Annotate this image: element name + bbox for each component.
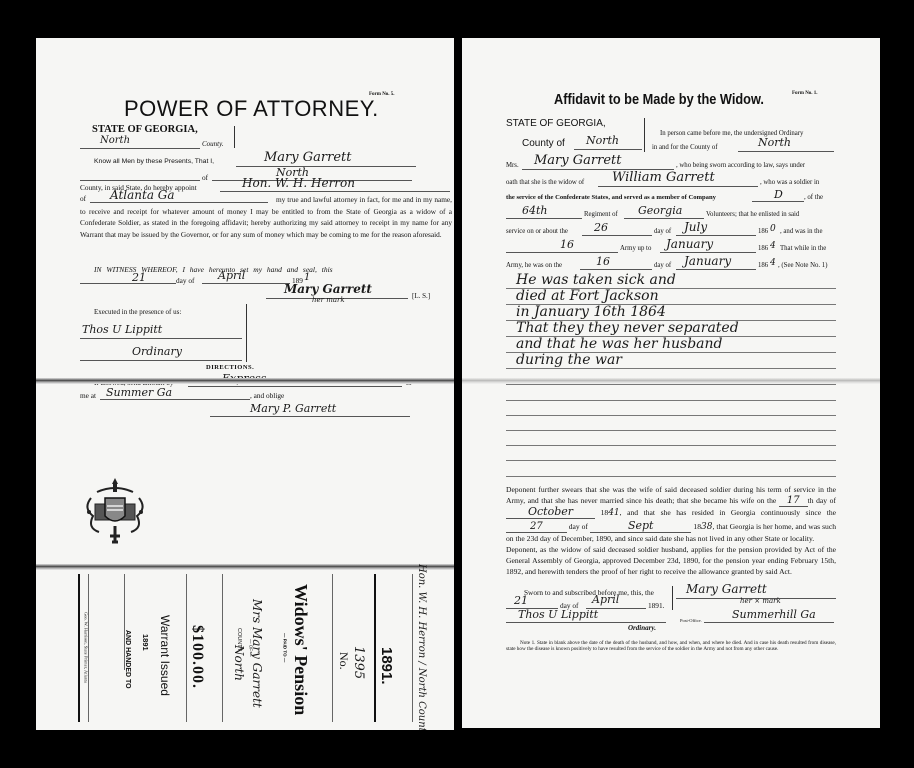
company-value: D — [774, 188, 783, 201]
statement-line: He was taken sick and — [516, 272, 676, 288]
execution-day: 21 — [132, 271, 146, 284]
attorney-name: Hon. W. H. Herron — [242, 176, 355, 190]
pension-amount: $100.00. — [188, 625, 206, 689]
marriage-month: October — [506, 505, 595, 519]
me-at-value: Summer Ga — [106, 386, 172, 399]
execution-month: April — [218, 269, 245, 282]
docket-county: North — [232, 645, 246, 681]
note-1: Note 1. State in blank above the date of… — [506, 640, 836, 653]
state-label: STATE OF GEORGIA, — [506, 118, 606, 129]
state-label: STATE OF GEORGIA, — [92, 124, 198, 135]
marriage-day: 17 — [779, 495, 808, 507]
georgia-crest-icon — [83, 476, 147, 548]
warrant-year: 1891 — [141, 634, 150, 651]
power-of-attorney-page: Form No. 5. POWER OF ATTORNEY. STATE OF … — [36, 38, 454, 730]
page-title: POWER OF ATTORNEY. — [124, 96, 379, 122]
widow-name: Mary Garrett — [534, 153, 621, 168]
authorization-text: my true and lawful attorney in fact, for… — [80, 194, 452, 240]
bracket — [232, 126, 235, 148]
fold-line — [462, 378, 880, 384]
fold-line — [36, 378, 454, 384]
docket-number: 1395 — [351, 646, 366, 679]
county-label: County. — [202, 140, 224, 148]
oblige-signature: Mary P. Garrett — [250, 402, 336, 415]
widow-signature: Mary Garrett — [686, 582, 767, 596]
enlist-day: 26 — [594, 221, 608, 234]
resided-day: 27 — [506, 521, 567, 533]
note-day: 16 — [596, 255, 610, 268]
handed-to-label: AND HANDED TO — [124, 630, 131, 689]
warrant-issued-label: Warrant Issued — [158, 615, 172, 696]
affidavit-page: Affidavit to be Made by the Widow. Form … — [462, 38, 880, 728]
witness-signature: Thos U Lippitt — [82, 323, 162, 336]
docket-year: 1891. — [378, 647, 395, 685]
statement-line: and that he was her husband — [516, 336, 723, 352]
statement-line: That they they never separated — [516, 320, 739, 336]
regiment-value: 64th — [522, 204, 548, 217]
form-number: Form No. 1. — [792, 91, 818, 96]
statement-line: died at Fort Jackson — [516, 288, 659, 304]
statement-line: in January 16th 1864 — [516, 304, 666, 320]
enlist-month: July — [684, 220, 707, 234]
post-office-value: Summerhill Ga — [732, 608, 816, 621]
seal-label: [L. S.] — [412, 292, 430, 300]
printer-credit: Geo. W. Harrison, State Printer, Atlanta — [84, 612, 89, 683]
directions-heading: DIRECTIONS. — [206, 364, 254, 371]
army-month: January — [666, 237, 713, 251]
resided-month: Sept — [590, 519, 692, 533]
army-day: 16 — [560, 238, 574, 251]
witness-whereof: IN WITNESS WHEREOF, I have hereunto set … — [94, 265, 333, 274]
soldier-name: William Garrett — [612, 170, 715, 185]
note-month: January — [684, 254, 731, 268]
statement-line: during the war — [516, 352, 622, 368]
ordinary-signature: Thos U Lippitt — [518, 608, 598, 621]
witness-title: Ordinary — [132, 345, 182, 358]
executed-label: Executed in the presence of us: — [94, 308, 181, 316]
deponent-paragraph: Deponent further swears that she was the… — [506, 484, 836, 578]
pension-docket: Geo. W. Harrison, State Printer, Atlanta… — [36, 566, 454, 730]
page-title: Affidavit to be Made by the Widow. — [554, 92, 764, 108]
affidavit-county: North — [586, 134, 619, 147]
county-value: North — [100, 135, 130, 146]
sworn-day: 21 — [514, 594, 528, 607]
docket-handwritten-note: Hon. W. H. Herron / North County — [416, 564, 427, 730]
grantor-name: Mary Garrett — [264, 150, 351, 165]
know-all-text: Know all Men by these Presents, That I, — [94, 158, 214, 165]
sworn-month: April — [592, 593, 619, 606]
grantor-signature: Mary Garrett — [284, 282, 372, 296]
state-value: Georgia — [638, 204, 682, 217]
docket-title: Widows' Pension — [290, 584, 311, 715]
paid-to-label: — PAID TO — — [283, 633, 288, 662]
